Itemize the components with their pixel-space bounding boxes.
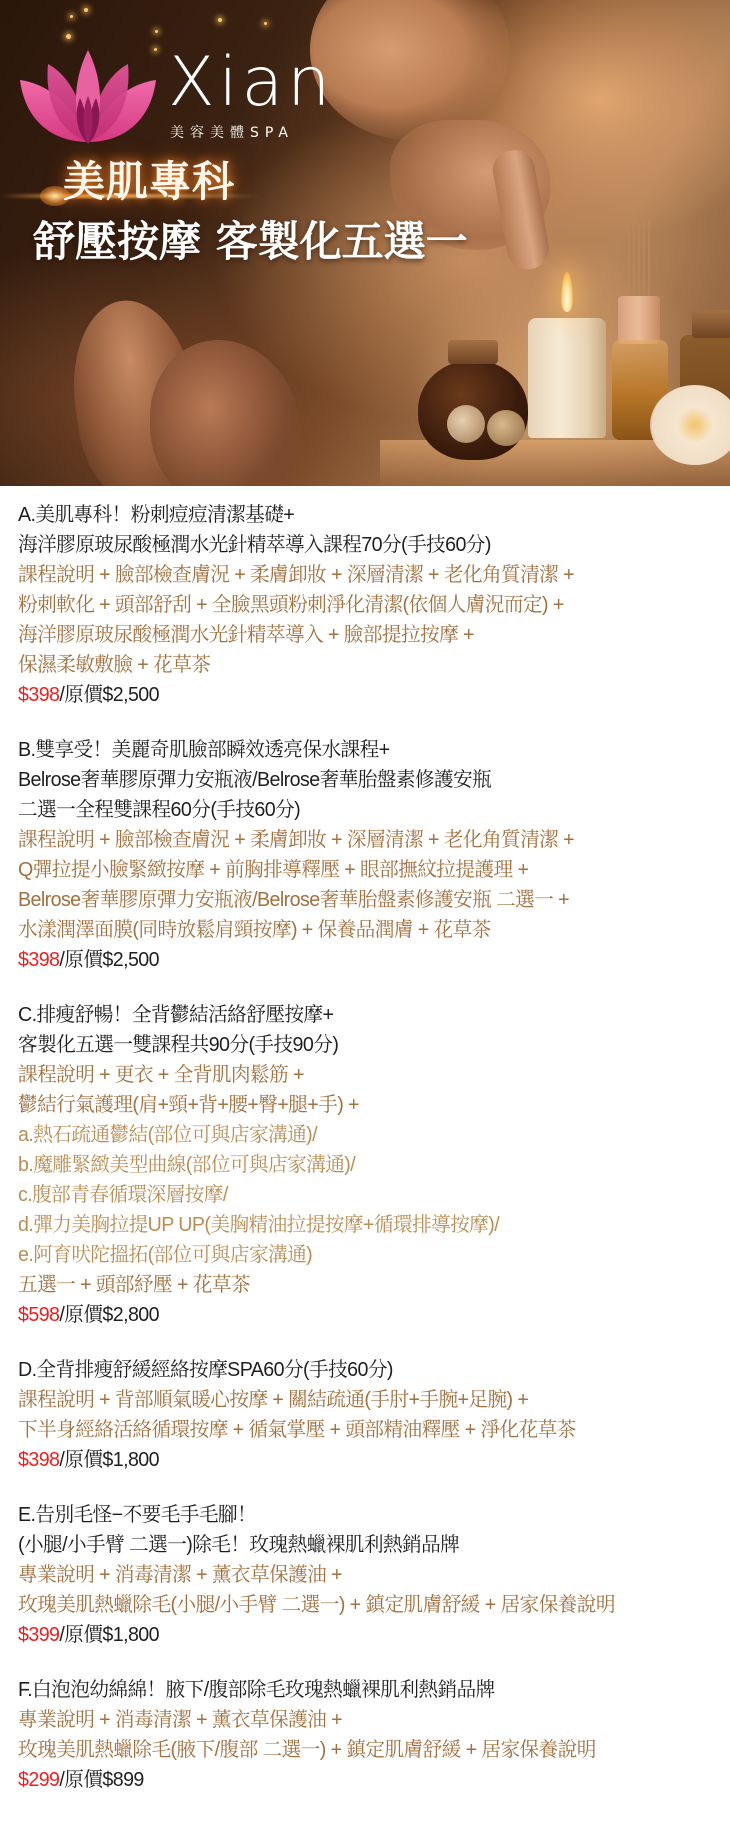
foot-massage-hand-photo [150, 340, 300, 486]
original-price: /原價$2,500 [59, 949, 159, 971]
candle-flame-icon [561, 272, 573, 312]
price-line: $398/原價$1,800 [18, 1445, 718, 1475]
original-price: /原價$2,800 [59, 1304, 159, 1326]
sparkle-icon [70, 15, 73, 18]
price-line: $398/原價$2,500 [18, 680, 718, 710]
lotus-logo-icon [18, 46, 158, 148]
course-detail: 海洋膠原玻尿酸極潤水光針精萃導入 + 臉部提拉按摩 + [18, 620, 718, 650]
hero-banner: Xian 美容美體SPA 美肌專科 舒壓按摩 客製化五選一 [0, 0, 730, 486]
course-option-a: a.熱石疏通鬱結(部位可與店家溝通)/ [18, 1120, 718, 1150]
course-heading: D.全背排瘦舒緩經絡按摩SPA60分(手技60分) [18, 1355, 718, 1385]
face-photo-area [310, 0, 510, 140]
course-detail: 水漾潤澤面膜(同時放鬆肩頸按摩) + 保養品潤膚 + 花草茶 [18, 915, 718, 945]
course-heading: (小腿/小手臂 二選一)除毛！玫瑰熱蠟裸肌利熱銷品牌 [18, 1530, 718, 1560]
original-price: /原價$1,800 [59, 1449, 159, 1471]
frangipani-flower-icon [650, 385, 730, 465]
original-price: /原價$899 [59, 1769, 143, 1791]
course-heading: A.美肌專科！粉刺痘痘清潔基礎+ [18, 500, 718, 530]
course-detail: Q彈拉提小臉緊緻按摩 + 前胸排導釋壓 + 眼部撫紋拉提護理 + [18, 855, 718, 885]
course-detail: 五選一 + 頭部紓壓 + 花草茶 [18, 1270, 718, 1300]
sparkle-icon [66, 34, 71, 39]
course-detail: 下半身經絡活絡循環按摩 + 循氣掌壓 + 頭部精油釋壓 + 淨化花草茶 [18, 1415, 718, 1445]
course-section-b: B.雙享受！美麗奇肌臉部瞬效透亮保水課程+ Belrose奢華膠原彈力安瓶液/B… [18, 735, 730, 975]
brand-name: Xian [168, 48, 334, 118]
sale-price: $598 [18, 1304, 59, 1326]
course-detail: 課程說明 + 背部順氣暖心按摩 + 關結疏通(手肘+手腕+足腕) + [18, 1385, 718, 1415]
course-section-a: A.美肌專科！粉刺痘痘清潔基礎+ 海洋膠原玻尿酸極潤水光針精萃導入課程70分(手… [18, 500, 730, 710]
candle-icon [528, 318, 606, 438]
course-heading: 海洋膠原玻尿酸極潤水光針精萃導入課程70分(手技60分) [18, 530, 718, 560]
course-option-d: d.彈力美胸拉提UP UP(美胸精油拉提按摩+循環排導按摩)/ [18, 1210, 718, 1240]
course-heading: B.雙享受！美麗奇肌臉部瞬效透亮保水課程+ [18, 735, 718, 765]
course-detail: 課程說明 + 臉部檢查膚況 + 柔膚卸妝 + 深層清潔 + 老化角質清潔 + [18, 560, 718, 590]
hero-title: 美肌專科 [63, 156, 235, 208]
course-detail: 專業說明 + 消毒清潔 + 薰衣草保護油 + [18, 1705, 718, 1735]
course-heading: 客製化五選一雙課程共90分(手技90分) [18, 1030, 718, 1060]
price-line: $598/原價$2,800 [18, 1300, 718, 1330]
sale-price: $398 [18, 684, 59, 706]
course-heading: 二選一全程雙課程60分(手技60分) [18, 795, 718, 825]
dried-flower-ball-icon [487, 410, 525, 446]
course-detail: 玫瑰美肌熱蠟除毛(腋下/腹部 二選一) + 鎮定肌膚舒緩 + 居家保養說明 [18, 1735, 718, 1765]
course-section-c: C.排瘦舒暢！全背鬱結活絡舒壓按摩+ 客製化五選一雙課程共90分(手技90分) … [18, 1000, 730, 1330]
sale-price: $299 [18, 1769, 59, 1791]
course-section-e: E.告別毛怪−不要毛手毛腳！ (小腿/小手臂 二選一)除毛！玫瑰熱蠟裸肌利熱銷品… [18, 1500, 730, 1650]
course-detail: 保濕柔敏敷臉 + 花草茶 [18, 650, 718, 680]
diffuser-cap-icon [618, 296, 660, 344]
price-line: $398/原價$2,500 [18, 945, 718, 975]
course-heading: C.排瘦舒暢！全背鬱結活絡舒壓按摩+ [18, 1000, 718, 1030]
course-detail: 課程說明 + 臉部檢查膚況 + 柔膚卸妝 + 深層清潔 + 老化角質清潔 + [18, 825, 718, 855]
course-option-e: e.阿育吠陀搵拓(部位可與店家溝通) [18, 1240, 718, 1270]
sale-price: $398 [18, 1449, 59, 1471]
course-detail: 粉刺軟化 + 頭部舒刮 + 全臉黑頭粉刺淨化清潔(依個人膚況而定) + [18, 590, 718, 620]
course-section-d: D.全背排瘦舒緩經絡按摩SPA60分(手技60分) 課程說明 + 背部順氣暖心按… [18, 1355, 730, 1475]
sparkle-icon [84, 8, 88, 12]
course-option-b: b.魔雕緊緻美型曲線(部位可與店家溝通)/ [18, 1150, 718, 1180]
sparkle-icon [264, 22, 267, 25]
course-detail: 鬱結行氣護理(肩+頸+背+腰+臀+腿+手) + [18, 1090, 718, 1120]
course-option-c: c.腹部青春循環深層按摩/ [18, 1180, 718, 1210]
course-heading: F.白泡泡幼綿綿！腋下/腹部除毛玫瑰熱蠟裸肌利熱銷品牌 [18, 1675, 718, 1705]
course-detail: 課程說明 + 更衣 + 全背肌肉鬆筋 + [18, 1060, 718, 1090]
course-detail: 專業說明 + 消毒清潔 + 薰衣草保護油 + [18, 1560, 718, 1590]
course-heading: Belrose奢華膠原彈力安瓶液/Belrose奢華胎盤素修護安瓶 [18, 765, 718, 795]
original-price: /原價$2,500 [59, 684, 159, 706]
cork-right-icon [692, 310, 730, 338]
course-detail: Belrose奢華膠原彈力安瓶液/Belrose奢華胎盤素修護安瓶 二選一 + [18, 885, 718, 915]
hero-subtitle: 舒壓按摩 客製化五選一 [33, 214, 468, 270]
course-section-f: F.白泡泡幼綿綿！腋下/腹部除毛玫瑰熱蠟裸肌利熱銷品牌 專業說明 + 消毒清潔 … [18, 1675, 730, 1795]
price-line: $299/原價$899 [18, 1765, 718, 1795]
sparkle-icon [218, 18, 222, 22]
original-price: /原價$1,800 [59, 1624, 159, 1646]
sale-price: $399 [18, 1624, 59, 1646]
reed-sticks-icon [628, 220, 650, 300]
sparkle-icon [155, 30, 158, 33]
course-detail: 玫瑰美肌熱蠟除毛(小腿/小手臂 二選一) + 鎮定肌膚舒緩 + 居家保養說明 [18, 1590, 718, 1620]
price-line: $399/原價$1,800 [18, 1620, 718, 1650]
rattan-ball-icon [447, 405, 485, 443]
course-heading: E.告別毛怪−不要毛手毛腳！ [18, 1500, 718, 1530]
brand-subtitle: 美容美體SPA [170, 124, 294, 142]
sale-price: $398 [18, 949, 59, 971]
course-list: A.美肌專科！粉刺痘痘清潔基礎+ 海洋膠原玻尿酸極潤水光針精萃導入課程70分(手… [18, 500, 730, 1820]
cork-icon [448, 340, 498, 364]
